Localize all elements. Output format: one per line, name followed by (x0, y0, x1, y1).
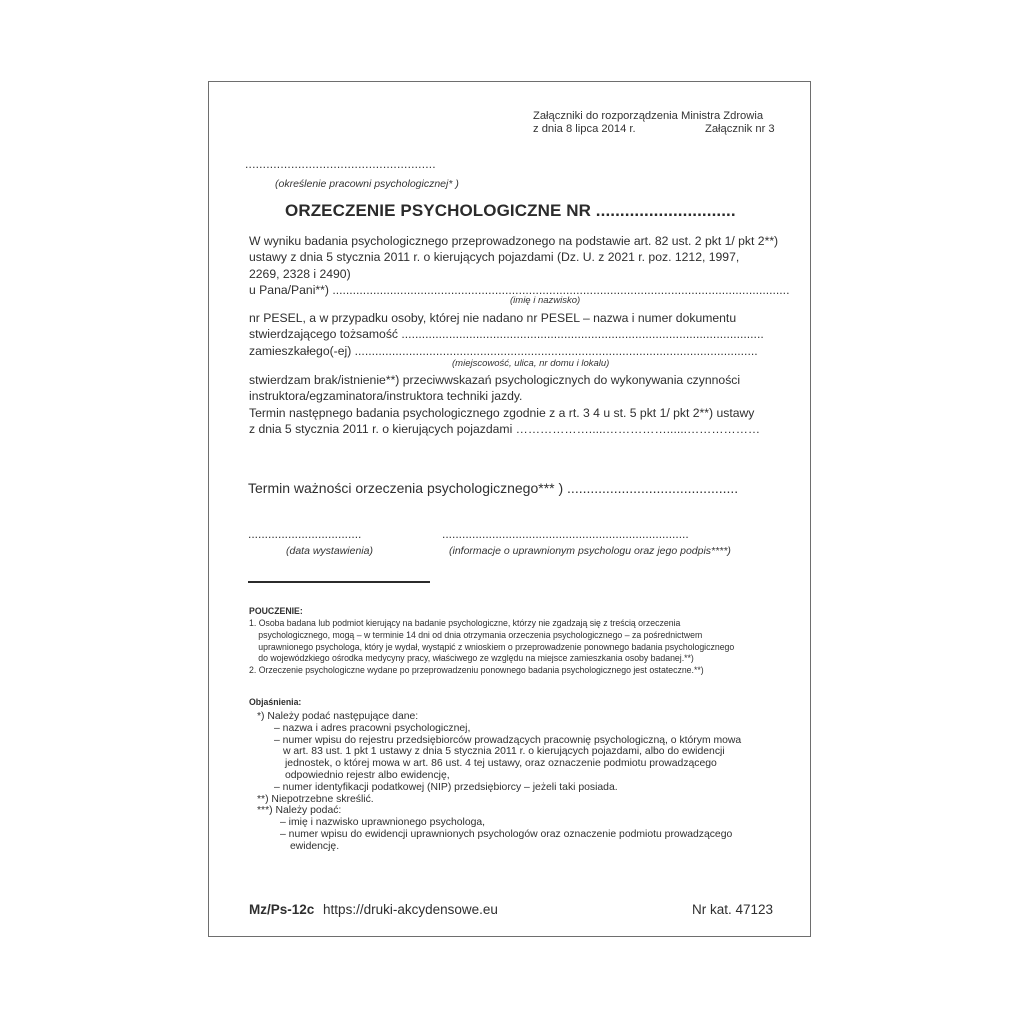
address-caption: (miejscowość, ulica, nr domu i lokalu) (452, 358, 609, 369)
workshop-caption: (określenie pracowni psychologicznej* ) (275, 178, 459, 190)
name-caption: (imię i nazwisko) (510, 295, 580, 306)
attachment-number: Załącznik nr 3 (705, 123, 775, 136)
footnote-3-item-cont: ewidencję. (257, 841, 741, 853)
regulation-date: z dnia 8 lipca 2014 r. (533, 123, 705, 136)
paragraph-examination-basis: W wyniku badania psychologicznego przepr… (249, 233, 789, 298)
publisher-url[interactable]: https://druki-akcydensowe.eu (323, 902, 498, 917)
form-footer: Mz/Ps-12c https://druki-akcydensowe.eu (249, 902, 498, 917)
instructions-list: 1. Osoba badana lub podmiot kierujący na… (249, 617, 734, 676)
identity-document-field[interactable]: stwierdzającego tożsamość ..............… (249, 326, 764, 342)
psychologist-caption: (informacje o uprawnionym psychologu ora… (449, 545, 731, 557)
footnote-1-item-cont: odpowiednio rejestr albo ewidencję, (257, 770, 741, 782)
footnote-1-item: – numer wpisu do rejestru przedsiębiorcó… (257, 735, 741, 747)
text-line: W wyniku badania psychologicznego przepr… (249, 233, 789, 249)
paragraph-identity: nr PESEL, a w przypadku osoby, której ni… (249, 310, 764, 359)
footnote-1-item-cont: w art. 83 ust. 1 pkt 1 ustawy z dnia 5 s… (257, 746, 741, 758)
divider-line (248, 581, 430, 583)
text-line: Termin następnego badania psychologiczne… (249, 405, 760, 421)
text-line: instruktora/egzaminatora/instruktora tec… (249, 388, 760, 404)
instruction-item-cont: do wojewódzkiego ośrodka medycyny pracy,… (249, 652, 734, 664)
instruction-item-cont: psychologicznego, mogą – w terminie 14 d… (249, 629, 734, 641)
document-title: ORZECZENIE PSYCHOLOGICZNE NR ...........… (285, 201, 736, 221)
instruction-item: 1. Osoba badana lub podmiot kierujący na… (249, 617, 734, 629)
issue-date-field[interactable]: .................................. (248, 527, 361, 541)
footnote-1-item: – nazwa i adres pracowni psychologicznej… (257, 723, 741, 735)
paragraph-statement: stwierdzam brak/istnienie**) przeciwwska… (249, 372, 760, 437)
regulation-header: Załączniki do rozporządzenia Ministra Zd… (533, 110, 775, 136)
footnote-2: **) Niepotrzebne skreślić. (257, 794, 741, 806)
footnote-1-item: – numer identyfikacji podatkowej (NIP) p… (257, 782, 741, 794)
address-field[interactable]: zamieszkałego(-ej) .....................… (249, 343, 764, 359)
text-line: ustawy z dnia 5 stycznia 2011 r. o kieru… (249, 249, 789, 265)
text-line: stwierdzam brak/istnienie**) przeciwwska… (249, 372, 760, 388)
footnote-3-item: – imię i nazwisko uprawnionego psycholog… (257, 817, 741, 829)
catalog-number: Nr kat. 47123 (692, 902, 773, 917)
explanations-title: Objaśnienia: (249, 696, 301, 708)
footnote-3-item: – numer wpisu do ewidencji uprawnionych … (257, 829, 741, 841)
footnote-1: *) Należy podać następujące dane: (257, 711, 741, 723)
explanations-list: *) Należy podać następujące dane: – nazw… (257, 711, 741, 853)
instruction-item-cont: uprawnionego psychologa, który je wydał,… (249, 641, 734, 653)
instruction-item: 2. Orzeczenie psychologiczne wydane po p… (249, 664, 734, 676)
form-code: Mz/Ps-12c (249, 902, 314, 917)
form-sheet: Załączniki do rozporządzenia Ministra Zd… (208, 81, 811, 937)
text-line: 2269, 2328 i 2490) (249, 266, 789, 282)
footnote-1-item-cont: jednostek, o której mowa w art. 86 ust. … (257, 758, 741, 770)
issue-date-caption: (data wystawienia) (286, 545, 373, 557)
workshop-field[interactable]: ........................................… (245, 157, 436, 171)
regulation-line-1: Załączniki do rozporządzenia Ministra Zd… (533, 110, 775, 123)
next-exam-date-field[interactable]: z dnia 5 stycznia 2011 r. o kierujących … (249, 421, 760, 437)
psychologist-signature-field[interactable]: ........................................… (442, 527, 689, 541)
instructions-title: POUCZENIE: (249, 605, 303, 617)
text-line: nr PESEL, a w przypadku osoby, której ni… (249, 310, 764, 326)
validity-date-field[interactable]: Termin ważności orzeczenia psychologiczn… (248, 480, 738, 496)
footnote-3: ***) Należy podać: (257, 805, 741, 817)
